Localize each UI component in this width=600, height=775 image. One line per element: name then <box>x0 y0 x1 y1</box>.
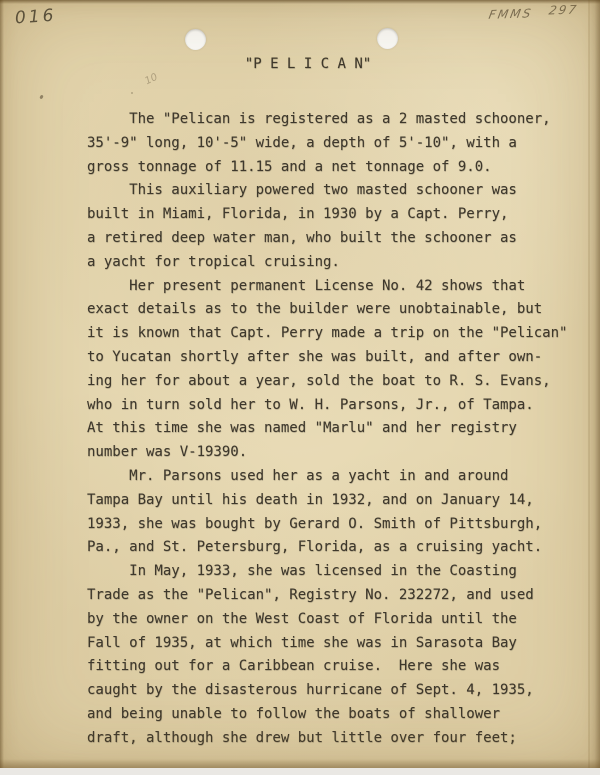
typed-line: This auxiliary powered two masted schoon… <box>87 179 567 203</box>
punch-hole-left <box>185 29 206 50</box>
typed-line: fitting out for a Caribbean cruise. Here… <box>87 655 567 679</box>
paper-speck <box>131 92 133 94</box>
typed-line: Tampa Bay until his death in 1932, and o… <box>87 489 567 513</box>
typed-line: Mr. Parsons used her as a yacht in and a… <box>87 465 567 489</box>
typed-line: Fall of 1935, at which time she was in S… <box>87 632 567 656</box>
typed-line: to Yucatan shortly after she was built, … <box>87 346 567 370</box>
faint-pencil-mark: 10 <box>143 72 159 87</box>
typed-line: At this time she was named "Marlu" and h… <box>87 417 567 441</box>
typed-line: it is known that Capt. Perry made a trip… <box>87 322 567 346</box>
paper-edge-top <box>0 0 600 4</box>
typed-line: a yacht for tropical cruising. <box>87 251 567 275</box>
scanner-background-strip <box>0 768 600 775</box>
typed-line: Trade as the "Pelican", Registry No. 232… <box>87 584 567 608</box>
typed-line: draft, although she drew but little over… <box>87 727 567 751</box>
handwritten-page-number: 297 <box>548 2 580 17</box>
typed-line: gross tonnage of 11.15 and a net tonnage… <box>87 156 567 180</box>
typed-line: and being unable to follow the boats of … <box>87 703 567 727</box>
paper-edge-right <box>588 0 600 768</box>
document-page: 016 FMMS 297 10 "P E L I C A N" The "Pel… <box>0 0 600 775</box>
handwritten-number-016: 016 <box>14 6 57 29</box>
typed-line: 35'-9" long, 10'-5" wide, a depth of 5'-… <box>87 132 567 156</box>
typed-line: ing her for about a year, sold the boat … <box>87 370 567 394</box>
typed-line: by the owner on the West Coast of Florid… <box>87 608 567 632</box>
punch-hole-right <box>377 28 398 49</box>
handwritten-code-fmms: FMMS <box>488 6 534 22</box>
document-title: "P E L I C A N" <box>0 56 600 72</box>
typed-line: Pa., and St. Petersburg, Florida, as a c… <box>87 536 567 560</box>
paper-crease-right <box>588 0 590 768</box>
typed-line: In May, 1933, she was licensed in the Co… <box>87 560 567 584</box>
typed-line: The "Pelican is registered as a 2 masted… <box>87 108 567 132</box>
typed-line: exact details as to the builder were uno… <box>87 298 567 322</box>
paper-edge-bottom <box>0 759 600 768</box>
typed-line: caught by the disasterous hurricane of S… <box>87 679 567 703</box>
typed-body: The "Pelican is registered as a 2 masted… <box>87 108 567 751</box>
typed-line: who in turn sold her to W. H. Parsons, J… <box>87 394 567 418</box>
typed-line: Her present permanent License No. 42 sho… <box>87 275 567 299</box>
paper-speck <box>39 95 44 100</box>
typed-line: 1933, she was bought by Gerard O. Smith … <box>87 513 567 537</box>
paper-edge-left <box>0 0 4 768</box>
typed-line: a retired deep water man, who built the … <box>87 227 567 251</box>
typed-line: number was V-19390. <box>87 441 567 465</box>
typed-line: built in Miami, Florida, in 1930 by a Ca… <box>87 203 567 227</box>
